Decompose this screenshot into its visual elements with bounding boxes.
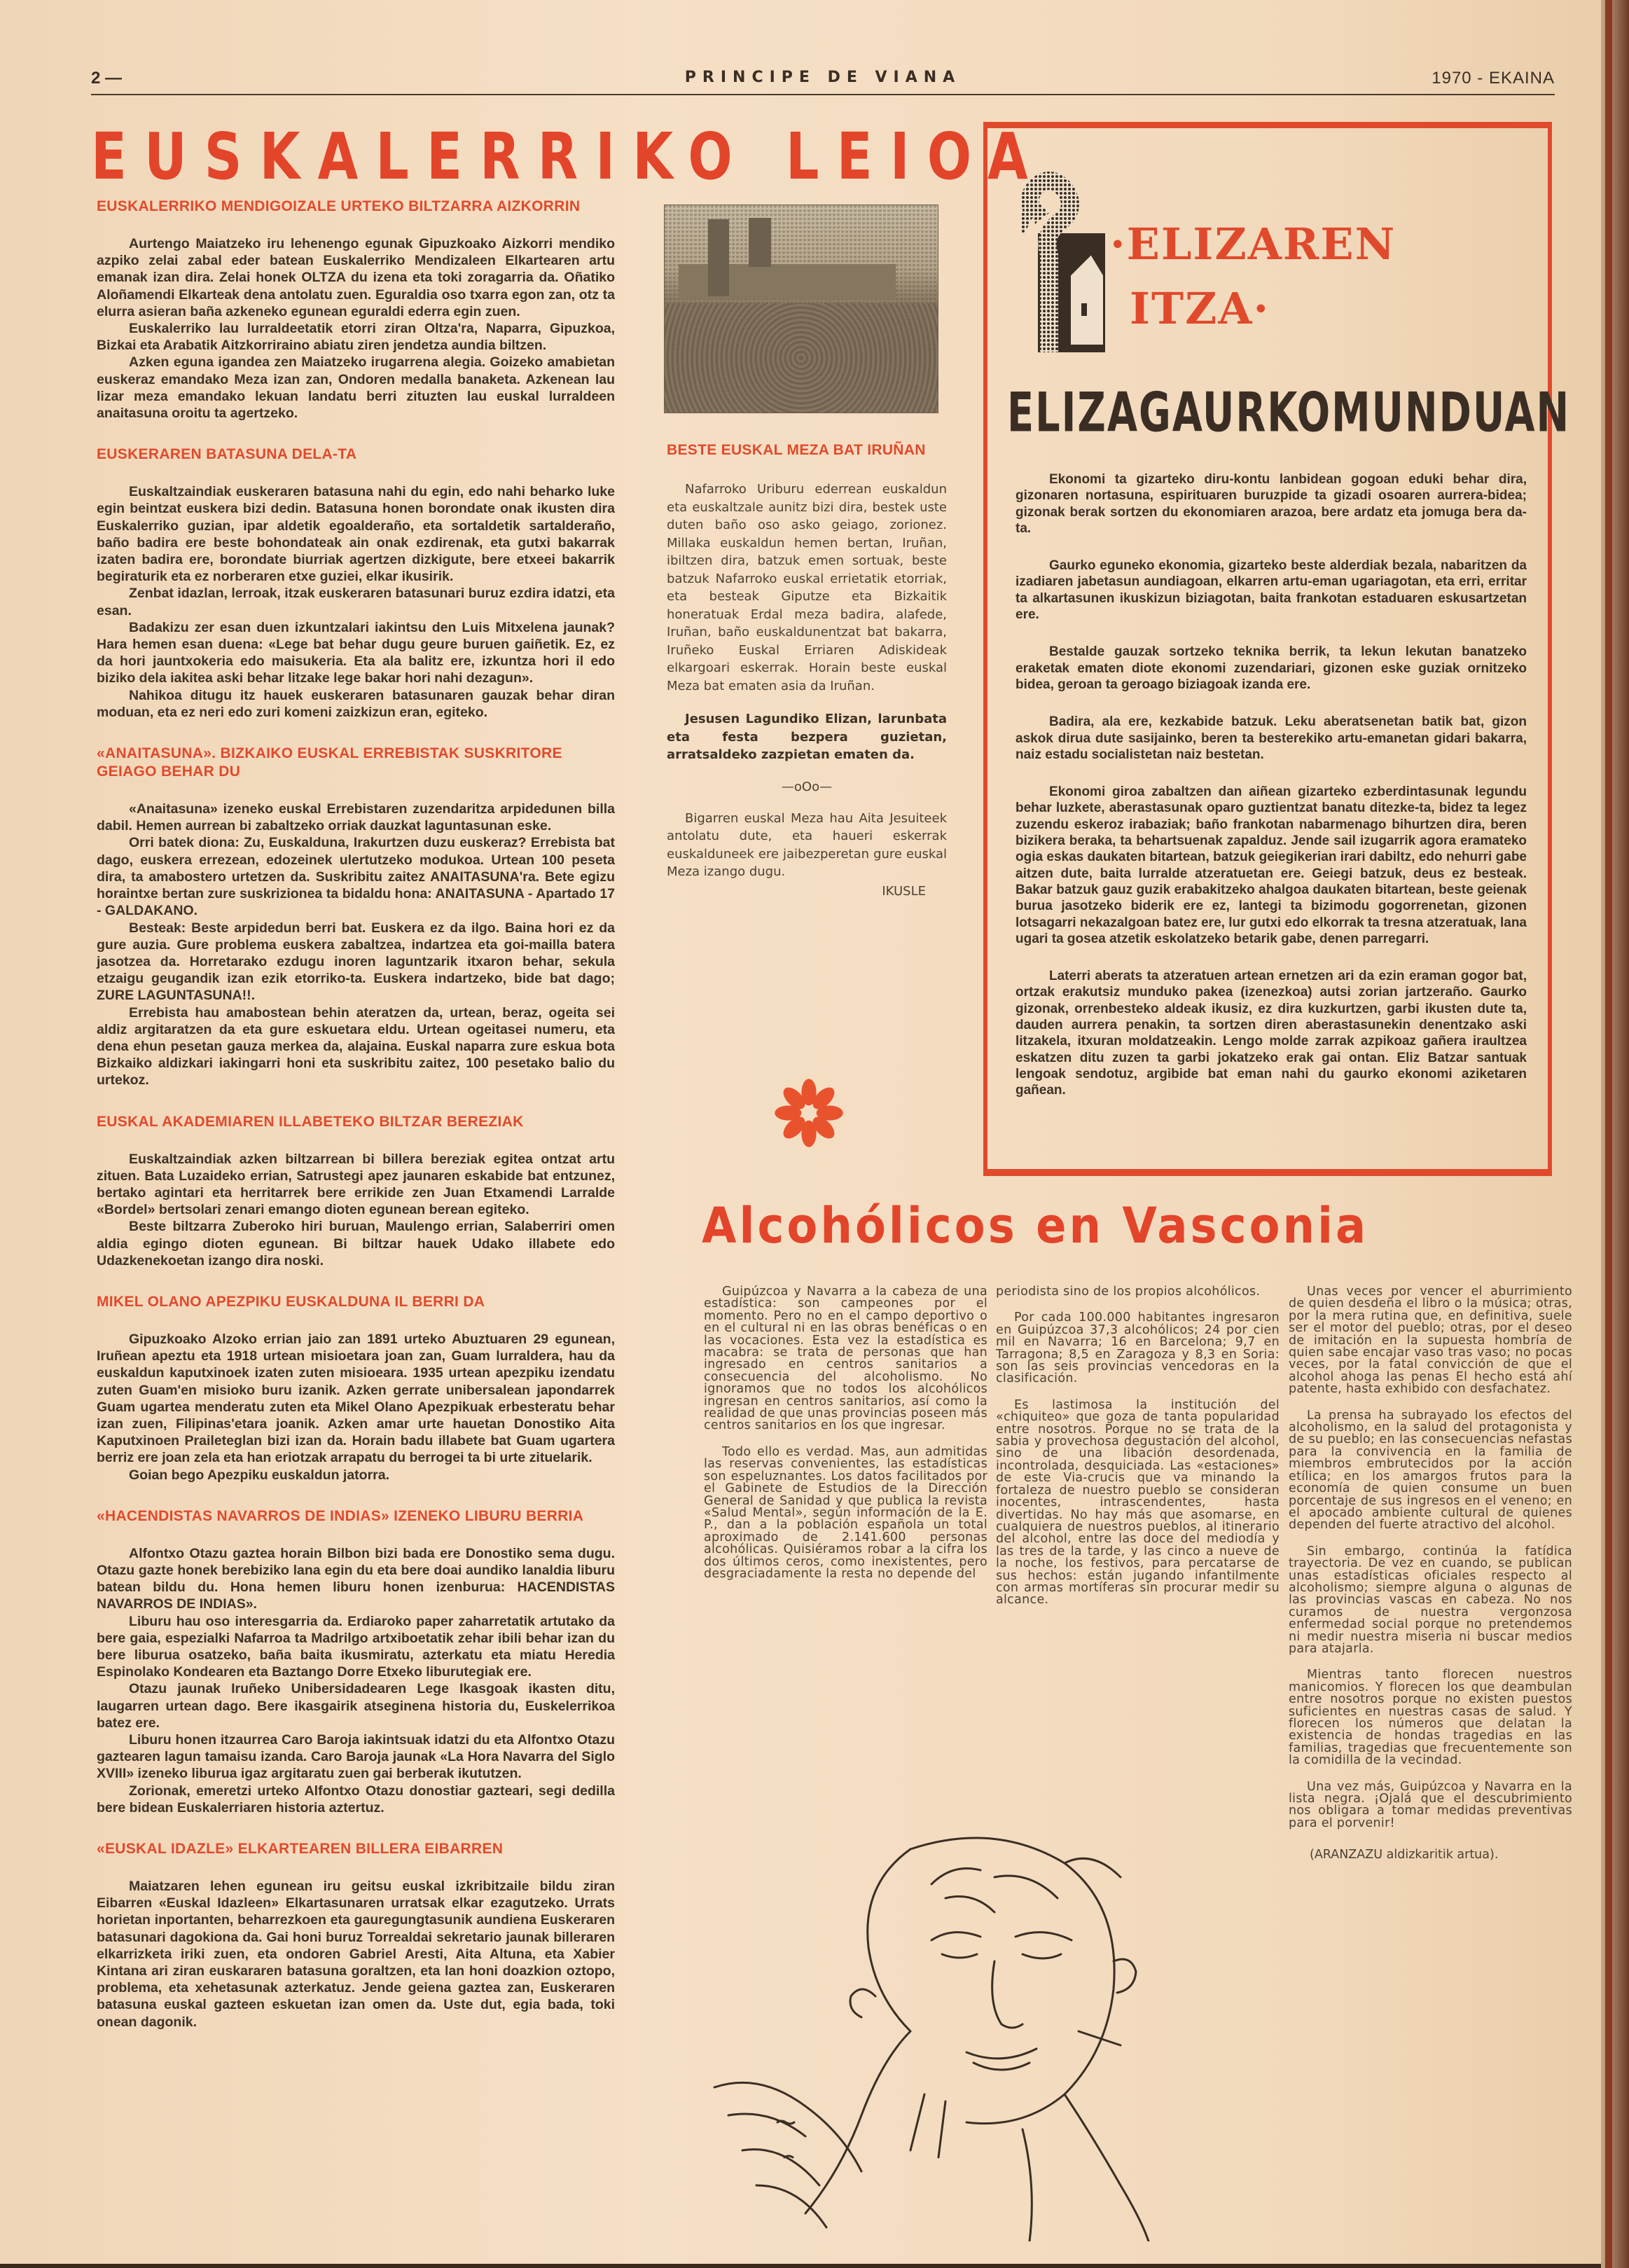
paragraph: periodista sino de los propios alcohólic… xyxy=(996,1286,1280,1298)
paragraph: Goian bego Apezpiku euskaldun jatorra. xyxy=(97,1467,615,1484)
box-title-line-1: ·ELIZAREN xyxy=(1110,212,1396,277)
paragraph: Azken eguna igandea zen Maiatzeko irugar… xyxy=(97,354,615,422)
alcohol-article-title: Alcohólicos en Vasconia xyxy=(702,1198,1563,1254)
article-section: «EUSKAL IDAZLE» ELKARTEAREN BILLERA EIBA… xyxy=(97,1840,615,2031)
flower-ornament-icon xyxy=(772,1076,846,1150)
paragraph: Todo ello es verdad. Mas, aun admitidas … xyxy=(704,1446,987,1580)
box-subtitle: ELIZA GAURKO MUNDUAN xyxy=(1007,380,1529,444)
eliza-box: ·ELIZAREN ITZA· ELIZA GAURKO MUNDUAN Eko… xyxy=(983,122,1552,1176)
paragraph: Guipúzcoa y Navarra a la cabeza de una e… xyxy=(704,1286,987,1432)
source-credit: (ARANZAZU aldizkaritik artua). xyxy=(1289,1848,1572,1862)
paragraph: Zorionak, emeretzi urteko Alfontxo Otazu… xyxy=(97,1783,615,1816)
paragraph: Zenbat idazlan, lerroak, itzak euskerare… xyxy=(97,585,615,618)
box-title: ·ELIZAREN ITZA· xyxy=(1110,212,1396,341)
paragraph: La prensa ha subrayado los efectos del a… xyxy=(1289,1410,1572,1532)
paragraph: Gipuzkoako Alzoko errian jaio zan 1891 u… xyxy=(97,1331,615,1467)
paragraph: Aurtengo Maiatzeko iru lehenengo egunak … xyxy=(97,235,615,320)
section-title: EUSKALERRIKO LEIOA xyxy=(91,119,1046,194)
paragraph: Por cada 100.000 habitantes ingresaron e… xyxy=(996,1312,1280,1385)
masthead: PRINCIPE DE VIANA xyxy=(91,69,1555,86)
paragraph: Orri batek diona: Zu, Euskalduna, Irakur… xyxy=(97,834,615,919)
box-body: Ekonomi ta gizarteko diru-kontu lanbidea… xyxy=(1015,471,1527,1120)
header-rule xyxy=(91,94,1555,95)
article-heading: «HACENDISTAS NAVARROS DE INDIAS» IZENEKO… xyxy=(97,1507,615,1526)
paragraph: Liburu hau oso interesgarria da. Erdiaro… xyxy=(97,1613,615,1681)
paragraph: Ekonomi ta gizarteko diru-kontu lanbidea… xyxy=(1015,471,1527,537)
article-section: EUSKERAREN BATASUNA DELA-TAEuskaltzaindi… xyxy=(97,445,615,721)
article-heading: BESTE EUSKAL MEZA BAT IRUÑAN xyxy=(667,441,947,459)
subtitle-word: MUNDUAN xyxy=(1331,380,1570,444)
article-heading: MIKEL OLANO APEZPIKU EUSKALDUNA IL BERRI… xyxy=(97,1293,615,1311)
paragraph: Errebista hau amabostean behin ateratzen… xyxy=(97,1004,615,1089)
article-heading: EUSKERAREN BATASUNA DELA-TA xyxy=(97,445,615,464)
paragraph: Bigarren euskal Meza hau Aita Jesuiteek … xyxy=(667,810,947,881)
alcohol-column-1: Guipúzcoa y Navarra a la cabeza de una e… xyxy=(704,1286,987,1594)
page-header: 2 — PRINCIPE DE VIANA 1970 - EKAINA xyxy=(91,69,1555,90)
article-heading: «EUSKAL IDAZLE» ELKARTEAREN BILLERA EIBA… xyxy=(97,1840,615,1858)
article-heading: EUSKALERRIKO MENDIGOIZALE URTEKO BILTZAR… xyxy=(97,198,615,216)
paragraph: Besteak: Beste arpidedun berri bat. Eusk… xyxy=(97,920,615,1004)
paragraph: Euskaltzaindiak euskeraren batasuna nahi… xyxy=(97,483,615,585)
subtitle-word: ELIZA xyxy=(1007,380,1139,444)
alcohol-column-2: periodista sino de los propios alcohólic… xyxy=(996,1286,1280,1621)
paragraph: Unas veces por vencer el aburrimiento de… xyxy=(1289,1286,1572,1396)
paragraph: Jesusen Lagundiko Elizan, larunbata eta … xyxy=(667,710,947,764)
article-section: MIKEL OLANO APEZPIKU EUSKALDUNA IL BERRI… xyxy=(97,1293,615,1484)
paragraph: Maiatzaren lehen egunean iru geitsu eusk… xyxy=(97,1878,615,2031)
article-section: «HACENDISTAS NAVARROS DE INDIAS» IZENEKO… xyxy=(97,1507,615,1816)
left-column: EUSKALERRIKO MENDIGOIZALE URTEKO BILTZAR… xyxy=(97,198,615,2054)
paragraph: Liburu honen itzaurrea Caro Baroja iakin… xyxy=(97,1731,615,1783)
cathedral-photo xyxy=(664,205,938,413)
middle-column: BESTE EUSKAL MEZA BAT IRUÑAN Nafarroko U… xyxy=(667,441,947,899)
paragraph: Nafarroko Uriburu ederrean euskaldun eta… xyxy=(667,480,947,695)
issue-date: 1970 - EKAINA xyxy=(1432,69,1555,88)
paragraph: Bestalde gauzak sortzeko teknika berrik,… xyxy=(1015,644,1527,693)
article-heading: EUSKAL AKADEMIAREN ILLABETEKO BILTZAR BE… xyxy=(97,1113,615,1131)
article-section: EUSKAL AKADEMIAREN ILLABETEKO BILTZAR BE… xyxy=(97,1113,615,1269)
paragraph: Euskalerriko lau lurraldeetatik etorri z… xyxy=(97,320,615,354)
paragraph: Sin embargo, continúa la fatídica trayec… xyxy=(1289,1546,1572,1656)
paragraph: Beste biltzarra Zuberoko hiri buruan, Ma… xyxy=(97,1218,615,1269)
article-section: «ANAITASUNA». BIZKAIKO EUSKAL ERREBISTAK… xyxy=(97,745,615,1088)
paragraph: Es lastimosa la institución del «chiquit… xyxy=(996,1399,1280,1607)
paragraph: Mientras tanto florecen nuestros manicom… xyxy=(1289,1669,1572,1766)
paragraph: Laterri aberats ta atzeratuen artean ern… xyxy=(1015,968,1527,1098)
paragraph: Gaurko eguneko ekonomia, gizarteko beste… xyxy=(1015,558,1527,623)
paragraph: Badira, ala ere, kezkabide batzuk. Leku … xyxy=(1015,714,1527,763)
signature: IKUSLE xyxy=(667,884,947,899)
paragraph: Ekonomi giroa zabaltzen dan aiñean gizar… xyxy=(1015,784,1527,947)
crozier-church-emblem-icon xyxy=(1021,170,1105,354)
article-section: EUSKALERRIKO MENDIGOIZALE URTEKO BILTZAR… xyxy=(97,198,615,422)
paragraph: «Anaitasuna» izeneko euskal Errebistaren… xyxy=(97,801,615,834)
subtitle-word: GAURKO xyxy=(1139,380,1331,444)
box-title-line-2: ITZA· xyxy=(1110,277,1396,341)
paragraph: Nahikoa ditugu itz hauek euskeraren bata… xyxy=(97,687,615,721)
page-edge xyxy=(1601,0,1629,2268)
alcohol-column-3: Unas veces por vencer el aburrimiento de… xyxy=(1289,1286,1572,1862)
paragraph: Otazu jaunak Iruñeko Unibersidadearen Le… xyxy=(97,1680,615,1731)
paragraph: Alfontxo Otazu gaztea horain Bilbon bizi… xyxy=(97,1545,615,1613)
drunk-man-illustration-icon xyxy=(700,1821,1275,2241)
bottom-rule xyxy=(0,2264,1601,2268)
paragraph: Badakizu zer esan duen izkuntzalari iaki… xyxy=(97,619,615,687)
paragraph: Euskaltzaindiak azken biltzarrean bi bil… xyxy=(97,1151,615,1219)
paragraph: Una vez más, Guipúzcoa y Navarra en la l… xyxy=(1289,1781,1572,1830)
article-heading: «ANAITASUNA». BIZKAIKO EUSKAL ERREBISTAK… xyxy=(97,745,615,781)
separator: —oOo— xyxy=(667,780,947,794)
